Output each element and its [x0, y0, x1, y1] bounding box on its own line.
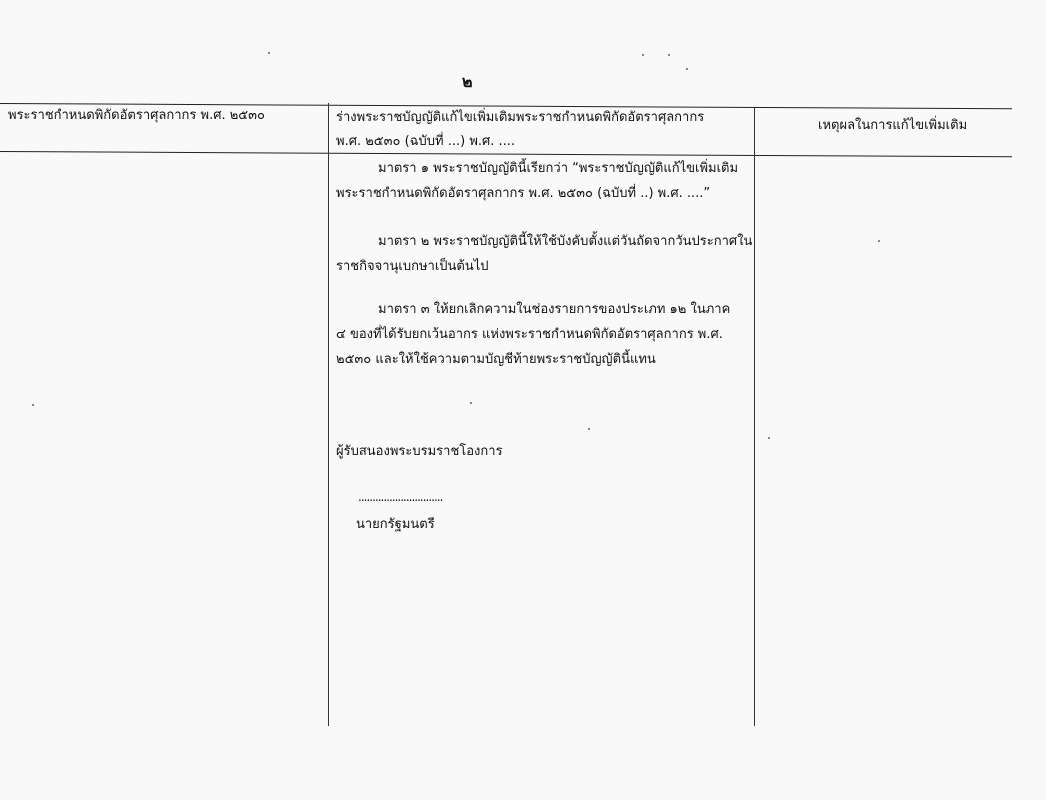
- section-3: มาตรา ๓ ให้ยกเลิกความในช่องรายการของประเ…: [336, 297, 730, 372]
- column-divider-1: [328, 103, 329, 726]
- section-line: มาตรา ๑ พระราชบัญญัตินี้เรียกว่า “พระราช…: [336, 156, 738, 181]
- scan-speck: [668, 54, 670, 56]
- section-line: ๔ ของที่ได้รับยกเว้นอากร แห่งพระราชกำหนด…: [336, 322, 730, 347]
- scan-speck: [268, 52, 270, 54]
- section-line: มาตรา ๒ พระราชบัญญัตินี้ให้ใช้บังคับตั้ง…: [336, 229, 752, 254]
- countersignature-label: ผู้รับสนองพระบรมราชโองการ: [336, 440, 503, 461]
- scan-speck: [878, 240, 880, 242]
- section-line: ราชกิจจานุเบกษาเป็นต้นไป: [336, 254, 752, 279]
- scanned-document-page: ๒ พระราชกำหนดพิกัดอัตราศุลกากร พ.ศ. ๒๕๓๐…: [0, 0, 1046, 800]
- signatory-title: นายกรัฐมนตรี: [356, 513, 435, 534]
- scan-speck: [588, 428, 590, 430]
- scan-speck: [686, 68, 688, 70]
- page-number: ๒: [462, 70, 473, 95]
- header-line: พ.ศ. ๒๕๓๐ (ฉบับที่ ...) พ.ศ. ....: [336, 130, 704, 154]
- scan-speck: [32, 404, 34, 406]
- column-divider-2: [754, 107, 755, 726]
- section-1: มาตรา ๑ พระราชบัญญัตินี้เรียกว่า “พระราช…: [336, 156, 738, 206]
- column-header-draft-amendment: ร่างพระราชบัญญัติแก้ไขเพิ่มเติมพระราชกำห…: [336, 106, 704, 154]
- section-line: มาตรา ๓ ให้ยกเลิกความในช่องรายการของประเ…: [336, 297, 730, 322]
- scan-speck: [768, 437, 770, 439]
- header-line: ร่างพระราชบัญญัติแก้ไขเพิ่มเติมพระราชกำห…: [336, 106, 704, 130]
- section-line: พระราชกำหนดพิกัดอัตราศุลกากร พ.ศ. ๒๕๓๐ (…: [336, 181, 738, 206]
- section-2: มาตรา ๒ พระราชบัญญัตินี้ให้ใช้บังคับตั้ง…: [336, 229, 752, 279]
- column-header-current-law: พระราชกำหนดพิกัดอัตราศุลกากร พ.ศ. ๒๕๓๐: [8, 104, 265, 128]
- scan-speck: [470, 402, 472, 404]
- signature-line: ..............................: [358, 490, 442, 504]
- section-line: ๒๕๓๐ และให้ใช้ความตามบัญชีท้ายพระราชบัญญ…: [336, 347, 730, 372]
- scan-speck: [642, 54, 644, 56]
- column-header-reasons: เหตุผลในการแก้ไขเพิ่มเติม: [818, 114, 967, 138]
